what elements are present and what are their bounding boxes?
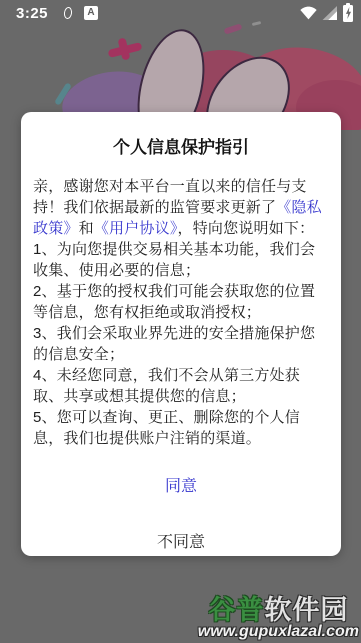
intro-text: 亲，感谢您对本平台一直以来的信任与支持！我们依据最新的监管要求更新了	[33, 178, 307, 216]
watermark-url: www.gupuxlazal.com	[198, 624, 359, 641]
app-screen: 3:25 A	[0, 0, 361, 643]
clock: 3:25	[16, 5, 48, 22]
user-agreement-link[interactable]: 《用户协议》	[94, 220, 178, 237]
site-watermark: 谷普软件园 www.gupuxlazal.com	[198, 596, 359, 641]
disagree-button[interactable]: 不同意	[33, 529, 329, 552]
policy-item: 1、为向您提供交易相关基本功能，我们会收集、使用必要的信息；	[33, 239, 329, 281]
notification-oval-icon	[63, 7, 73, 20]
ime-a-icon: A	[84, 6, 98, 20]
agree-button[interactable]: 同意	[33, 473, 329, 496]
policy-item: 2、基于您的授权我们可能会获取您的位置等信息，您有权拒绝或取消授权；	[33, 281, 329, 323]
intro-text: 和	[79, 220, 94, 237]
status-bar: 3:25 A	[0, 0, 361, 26]
cellular-signal-icon	[322, 6, 338, 20]
battery-charging-icon	[343, 5, 353, 22]
watermark-name-rest: 软件园	[264, 595, 348, 625]
privacy-guide-dialog: 个人信息保护指引 亲，感谢您对本平台一直以来的信任与支持！我们依据最新的监管要求…	[21, 112, 341, 556]
watermark-name-green: 谷普	[208, 595, 264, 625]
dialog-title: 个人信息保护指引	[33, 133, 329, 158]
policy-item: 3、我们会采取业界先进的安全措施保护您的信息安全；	[33, 323, 329, 365]
dialog-body: 亲，感谢您对本平台一直以来的信任与支持！我们依据最新的监管要求更新了《隐私政策》…	[33, 176, 329, 449]
intro-text: ，特向您说明如下：	[178, 220, 315, 237]
wifi-icon	[300, 6, 317, 20]
watermark-site-name: 谷普软件园	[198, 596, 359, 624]
policy-item: 4、未经您同意，我们不会从第三方处获取、共享或想其提供您的信息；	[33, 365, 329, 407]
policy-item: 5、您可以查询、更正、删除您的个人信息，我们也提供账户注销的渠道。	[33, 407, 329, 449]
